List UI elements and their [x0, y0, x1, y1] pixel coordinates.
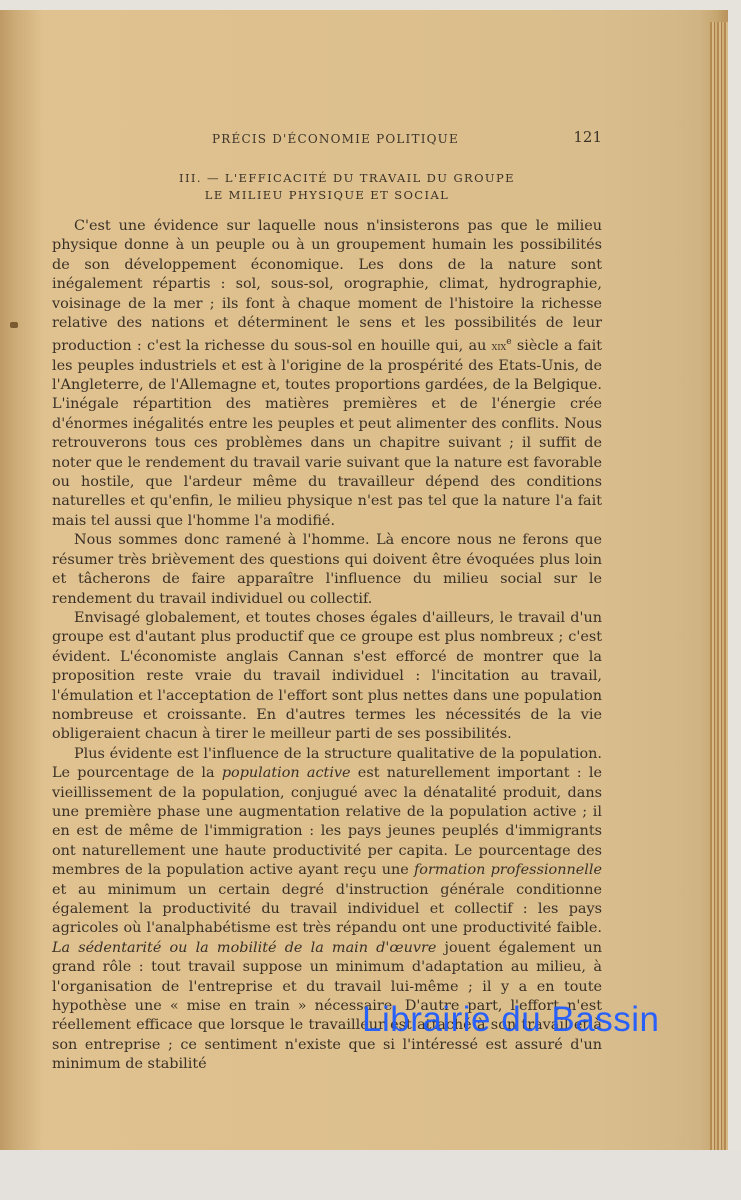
emphasis: formation professionnelle: [414, 862, 602, 878]
text-run: siècle a fait les peuples industriels et…: [52, 338, 602, 529]
watermark: Librairie du Bassin: [362, 1000, 659, 1040]
section-heading-line2: LE MILIEU PHYSIQUE ET SOCIAL: [52, 187, 602, 204]
margin-stain: [10, 322, 18, 328]
emphasis: population active: [222, 765, 351, 781]
page-edges: [710, 22, 728, 1167]
paragraph-3: Envisagé globalement, et toutes choses é…: [52, 609, 602, 745]
text-run: et au minimum un certain degré d'instruc…: [52, 882, 602, 937]
section-heading-line1: III. — L'EFFICACITÉ DU TRAVAIL DU GROUPE: [92, 170, 602, 187]
paragraph-1: C'est une évidence sur laquelle nous n'i…: [52, 217, 602, 531]
emphasis: La sédentarité ou la mobilité de la main…: [52, 940, 436, 956]
running-head: PRÉCIS D'ÉCONOMIE POLITIQUE 121: [52, 128, 602, 152]
background-surface: [0, 1150, 741, 1200]
century-smallcaps: xix: [492, 339, 507, 353]
page-content: PRÉCIS D'ÉCONOMIE POLITIQUE 121 III. — L…: [52, 128, 602, 1075]
body-text: C'est une évidence sur laquelle nous n'i…: [52, 217, 602, 1075]
text-run: C'est une évidence sur laquelle nous n'i…: [52, 218, 602, 354]
page-number: 121: [573, 128, 602, 146]
paragraph-2: Nous sommes donc ramené à l'homme. Là en…: [52, 531, 602, 609]
book-page: PRÉCIS D'ÉCONOMIE POLITIQUE 121 III. — L…: [0, 10, 728, 1158]
section-heading: III. — L'EFFICACITÉ DU TRAVAIL DU GROUPE…: [52, 170, 602, 204]
running-head-title: PRÉCIS D'ÉCONOMIE POLITIQUE: [212, 132, 459, 146]
